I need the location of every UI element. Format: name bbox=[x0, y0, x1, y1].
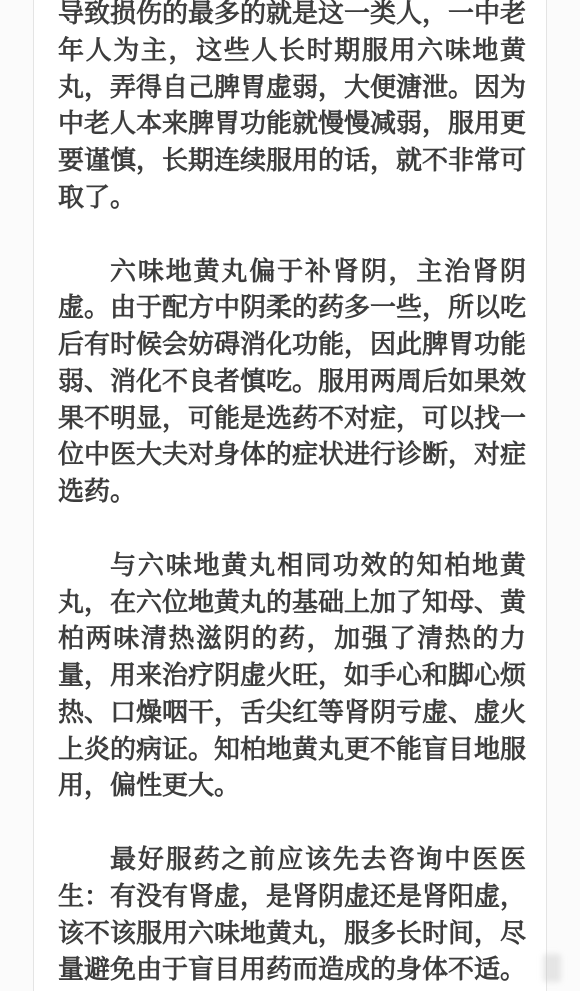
watermark-smudge bbox=[543, 954, 561, 982]
article-viewport: 导致损伤的最多的就是这一类人，一中老年人为主，这些人长时期服用六味地黄丸，弄得自… bbox=[0, 0, 580, 991]
article-body: 导致损伤的最多的就是这一类人，一中老年人为主，这些人长时期服用六味地黄丸，弄得自… bbox=[34, 0, 546, 988]
article-paragraph: 与六味地黄丸相同功效的知柏地黄丸，在六位地黄丸的基础上加了知母、黄柏两味清热滋阴… bbox=[58, 547, 526, 804]
article-paragraph: 最好服药之前应该先去咨询中医医生：有没有肾虚，是肾阴虚还是肾阳虚，该不该服用六味… bbox=[58, 841, 526, 988]
article-paragraph: 导致损伤的最多的就是这一类人，一中老年人为主，这些人长时期服用六味地黄丸，弄得自… bbox=[58, 0, 526, 216]
article-paragraph: 六味地黄丸偏于补肾阴，主治肾阴虚。由于配方中阴柔的药多一些，所以吃后有时候会妨碍… bbox=[58, 253, 526, 510]
article-page: 导致损伤的最多的就是这一类人，一中老年人为主，这些人长时期服用六味地黄丸，弄得自… bbox=[33, 0, 547, 991]
